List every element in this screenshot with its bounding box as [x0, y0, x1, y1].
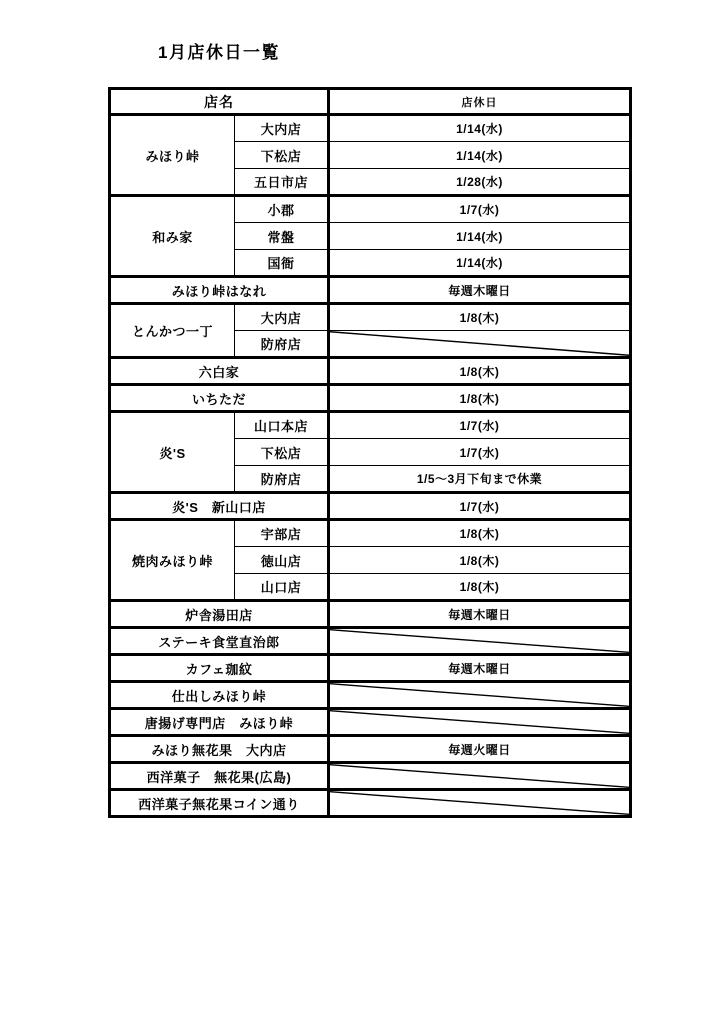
store-branch-cell: 五日市店: [235, 169, 329, 196]
store-group-cell: 炎'S: [110, 412, 235, 493]
store-group-cell: みほり峠: [110, 115, 235, 196]
table-row: 炉舎湯田店毎週木曜日: [110, 601, 631, 628]
store-branch-cell: 大内店: [235, 304, 329, 331]
store-name-cell: いちただ: [110, 385, 329, 412]
store-group-cell: 和み家: [110, 196, 235, 277]
no-holiday-slash-icon: [330, 710, 629, 734]
holiday-cell: 1/14(水): [329, 142, 631, 169]
holiday-cell: 1/14(水): [329, 250, 631, 277]
store-branch-cell: 防府店: [235, 331, 329, 358]
store-group-cell: とんかつ一丁: [110, 304, 235, 358]
holiday-cell-empty: [329, 682, 631, 709]
store-name-cell: ステーキ食堂直治郎: [110, 628, 329, 655]
no-holiday-slash-icon: [330, 331, 629, 356]
store-branch-cell: 徳山店: [235, 547, 329, 574]
table-row: カフェ珈紋毎週木曜日: [110, 655, 631, 682]
holiday-cell-empty: [329, 790, 631, 817]
holiday-cell: 1/7(水): [329, 439, 631, 466]
holiday-table: 店名 店休日 みほり峠大内店1/14(水)下松店1/14(水)五日市店1/28(…: [108, 87, 632, 818]
store-branch-cell: 小郡: [235, 196, 329, 223]
holiday-cell-empty: [329, 709, 631, 736]
store-name-cell: カフェ珈紋: [110, 655, 329, 682]
table-row: みほり峠大内店1/14(水): [110, 115, 631, 142]
store-name-cell: みほり無花果 大内店: [110, 736, 329, 763]
holiday-cell: 1/8(木): [329, 304, 631, 331]
holiday-table-body: みほり峠大内店1/14(水)下松店1/14(水)五日市店1/28(水)和み家小郡…: [110, 115, 631, 817]
no-holiday-slash-icon: [330, 791, 629, 815]
table-row: 炎'S 新山口店1/7(水): [110, 493, 631, 520]
holiday-cell: 1/5～3月下旬まで休業: [329, 466, 631, 493]
page-title: 1月店休日一覧: [158, 38, 280, 63]
table-row: 六白家1/8(木): [110, 358, 631, 385]
store-name-cell: 西洋菓子 無花果(広島): [110, 763, 329, 790]
store-branch-cell: 下松店: [235, 439, 329, 466]
store-name-cell: 炎'S 新山口店: [110, 493, 329, 520]
table-row: 唐揚げ専門店 みほり峠: [110, 709, 631, 736]
no-holiday-slash-icon: [330, 683, 629, 707]
holiday-cell-empty: [329, 628, 631, 655]
holiday-cell: 1/7(水): [329, 412, 631, 439]
holiday-cell: 毎週火曜日: [329, 736, 631, 763]
holiday-cell-empty: [329, 331, 631, 358]
store-name-cell: 唐揚げ専門店 みほり峠: [110, 709, 329, 736]
holiday-cell: 1/8(木): [329, 385, 631, 412]
store-branch-cell: 大内店: [235, 115, 329, 142]
table-row: とんかつ一丁大内店1/8(木): [110, 304, 631, 331]
store-branch-cell: 国衙: [235, 250, 329, 277]
store-name-cell: 炉舎湯田店: [110, 601, 329, 628]
document-page: { "page": { "title": "1月店休日一覧" }, "color…: [0, 0, 724, 1024]
no-holiday-slash-icon: [330, 764, 629, 788]
holiday-cell: 1/8(木): [329, 574, 631, 601]
store-name-cell: 仕出しみほり峠: [110, 682, 329, 709]
table-row: 仕出しみほり峠: [110, 682, 631, 709]
holiday-cell: 1/8(木): [329, 520, 631, 547]
holiday-cell: 毎週木曜日: [329, 601, 631, 628]
col-header-holiday: 店休日: [329, 89, 631, 115]
store-branch-cell: 山口本店: [235, 412, 329, 439]
no-holiday-slash-icon: [330, 629, 629, 653]
store-branch-cell: 防府店: [235, 466, 329, 493]
holiday-cell: 毎週木曜日: [329, 655, 631, 682]
col-header-store-name: 店名: [110, 89, 329, 115]
store-name-cell: みほり峠はなれ: [110, 277, 329, 304]
holiday-cell: 1/8(木): [329, 358, 631, 385]
table-row: 西洋菓子 無花果(広島): [110, 763, 631, 790]
table-row: 西洋菓子無花果コイン通り: [110, 790, 631, 817]
table-row: 和み家小郡1/7(水): [110, 196, 631, 223]
table-row: 炎'S山口本店1/7(水): [110, 412, 631, 439]
holiday-cell: 1/14(水): [329, 223, 631, 250]
store-branch-cell: 山口店: [235, 574, 329, 601]
holiday-cell-empty: [329, 763, 631, 790]
table-row: 焼肉みほり峠宇部店1/8(木): [110, 520, 631, 547]
store-name-cell: 六白家: [110, 358, 329, 385]
holiday-cell: 1/7(水): [329, 493, 631, 520]
store-branch-cell: 常盤: [235, 223, 329, 250]
store-name-cell: 西洋菓子無花果コイン通り: [110, 790, 329, 817]
holiday-cell: 1/14(水): [329, 115, 631, 142]
table-row: みほり無花果 大内店毎週火曜日: [110, 736, 631, 763]
table-header-row: 店名 店休日: [110, 89, 631, 115]
table-row: みほり峠はなれ毎週木曜日: [110, 277, 631, 304]
store-branch-cell: 宇部店: [235, 520, 329, 547]
holiday-cell: 1/7(水): [329, 196, 631, 223]
table-row: ステーキ食堂直治郎: [110, 628, 631, 655]
holiday-cell: 1/28(水): [329, 169, 631, 196]
holiday-cell: 1/8(木): [329, 547, 631, 574]
holiday-cell: 毎週木曜日: [329, 277, 631, 304]
store-group-cell: 焼肉みほり峠: [110, 520, 235, 601]
store-branch-cell: 下松店: [235, 142, 329, 169]
table-row: いちただ1/8(木): [110, 385, 631, 412]
